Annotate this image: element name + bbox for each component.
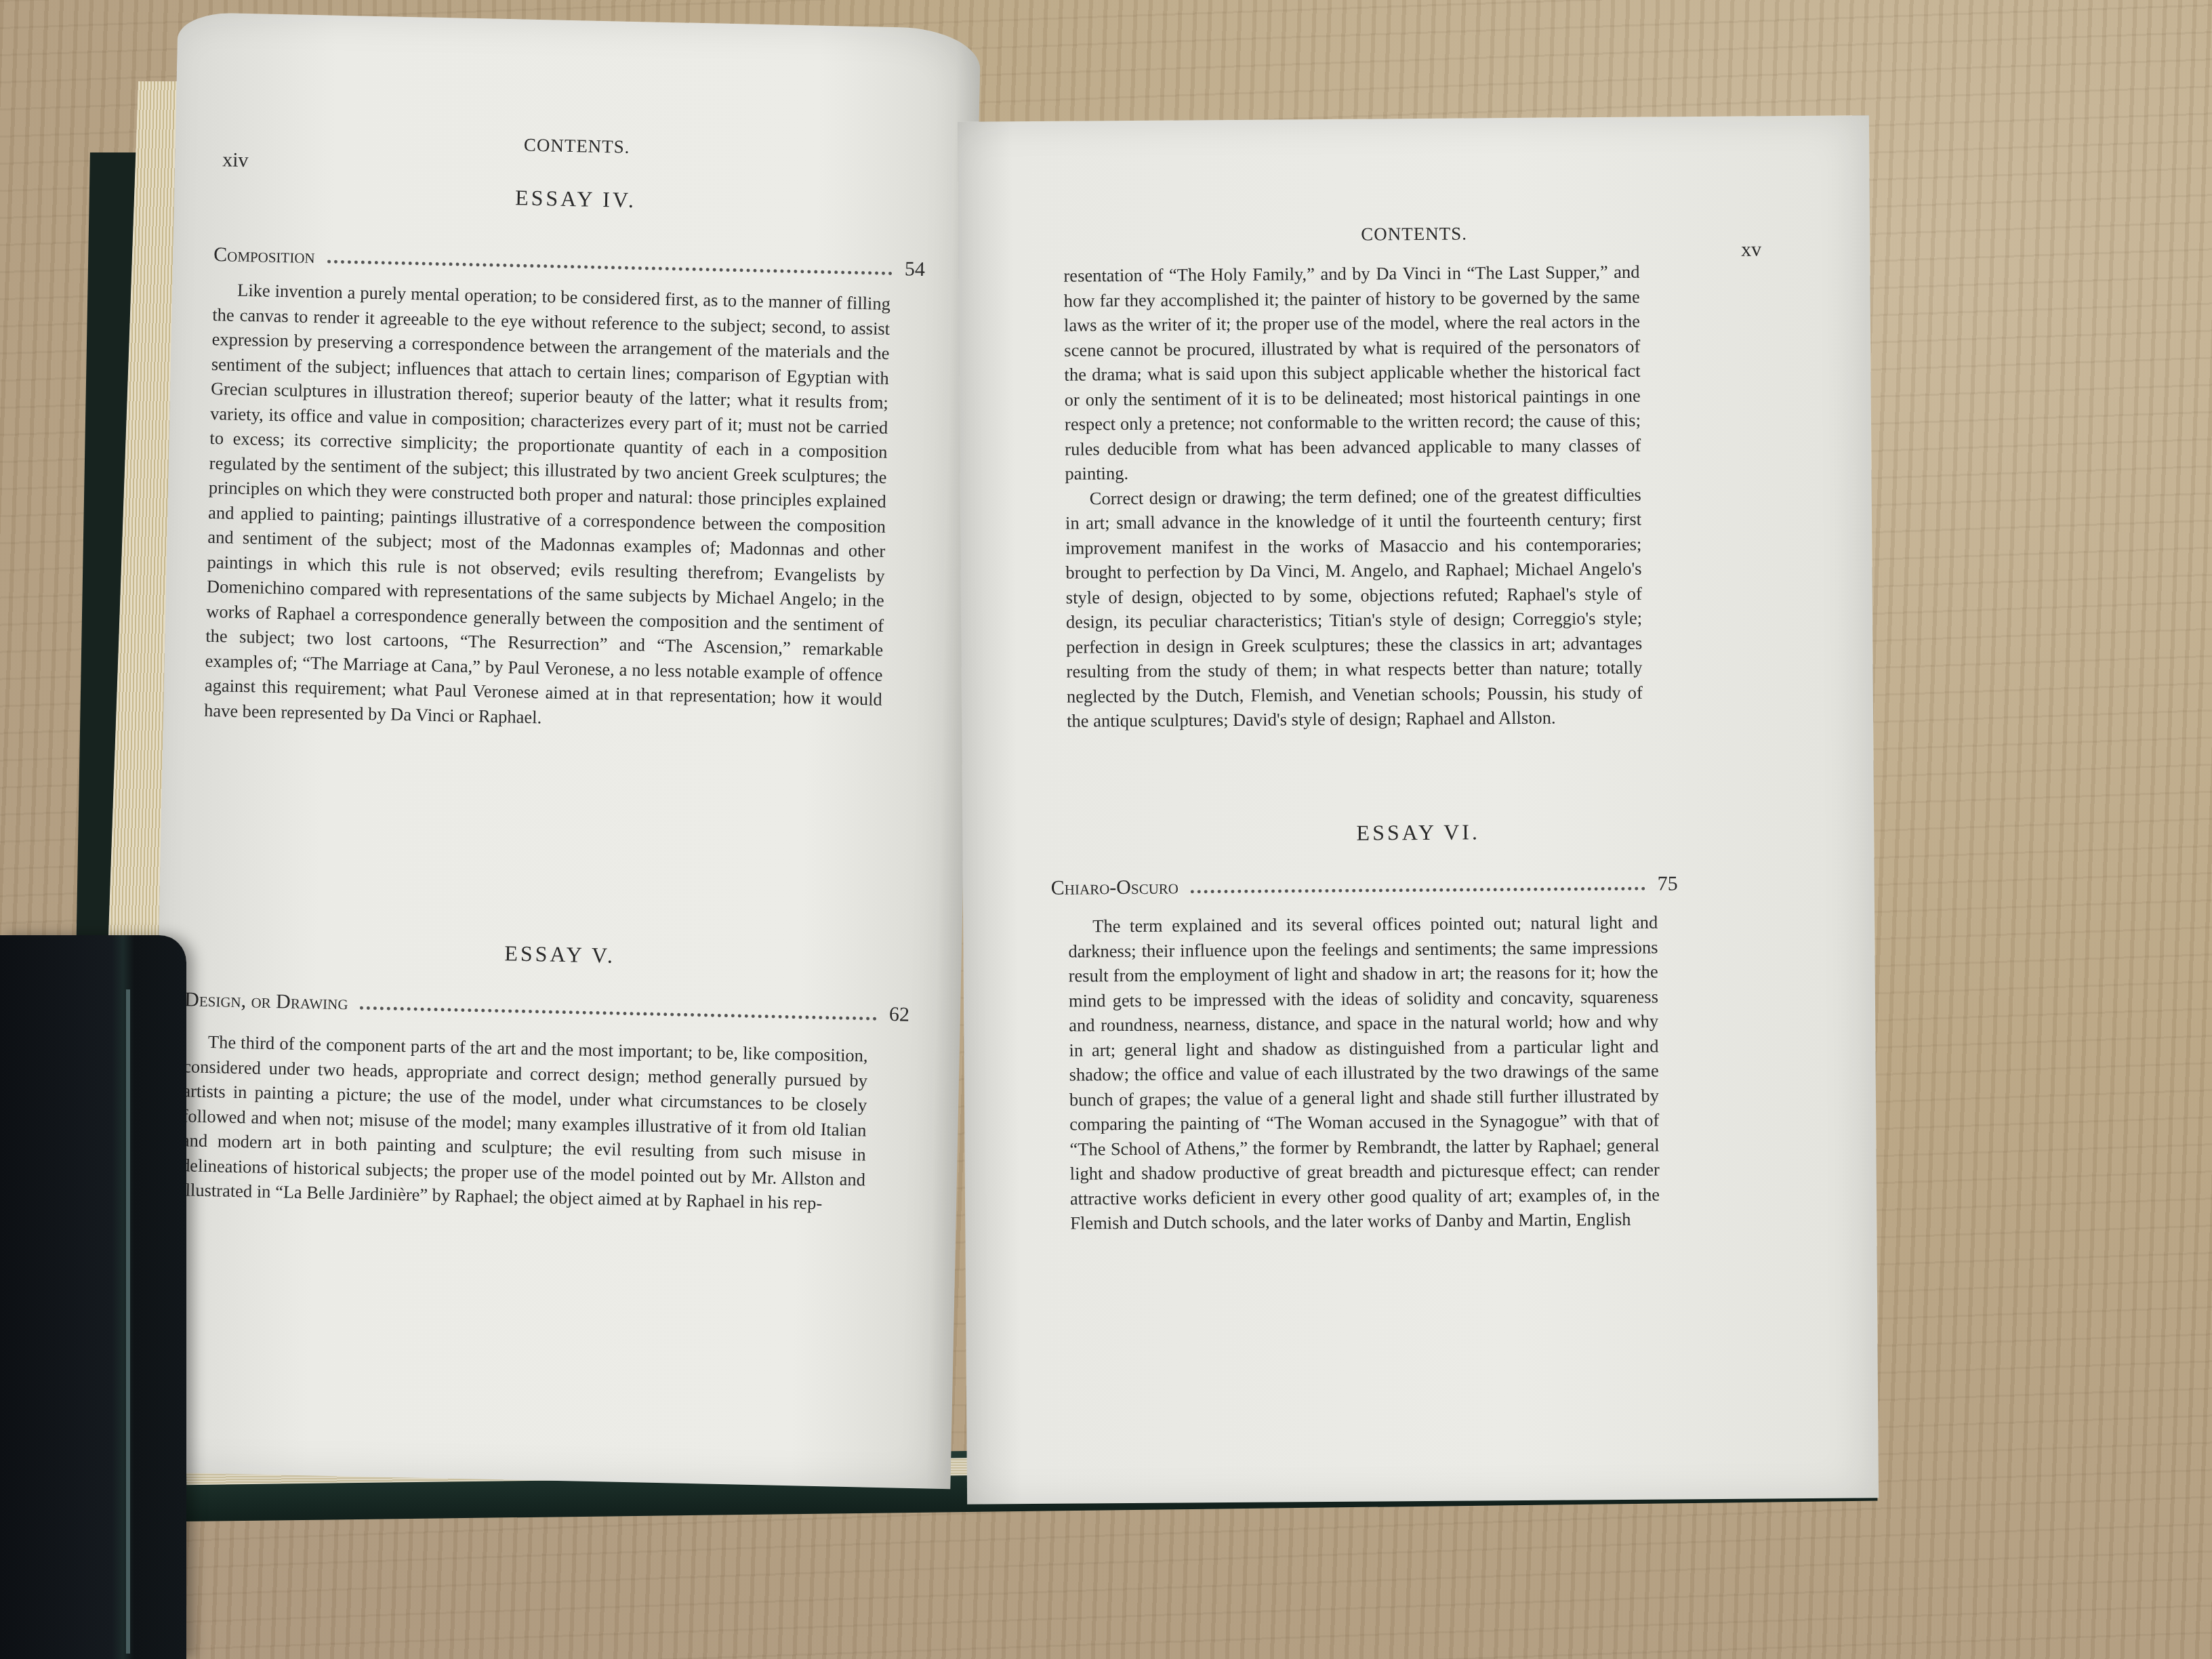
- right-page: CONTENTS. xv resentation of “The Holy Fa…: [958, 115, 1879, 1504]
- toc-entry-design-or-drawing[interactable]: Design, or Drawing 62: [184, 988, 909, 1026]
- right-page-folio: xv: [1741, 238, 1761, 261]
- toc-entry-composition[interactable]: Composition 54: [213, 243, 925, 281]
- essay-iv-heading: ESSAY IV.: [174, 178, 978, 220]
- book-spine-highlight: [126, 989, 130, 1654]
- foreground-closed-book: [0, 935, 186, 1659]
- toc-entry-page-number: 75: [1658, 872, 1678, 895]
- left-running-head: CONTENTS.: [175, 127, 978, 165]
- toc-entry-title: Design, or Drawing: [184, 988, 348, 1015]
- toc-entry-page-number: 54: [905, 258, 926, 281]
- toc-entry-title: Chiaro-Oscuro: [1051, 876, 1179, 899]
- toc-entry-chiaro-oscuro[interactable]: Chiaro-Oscuro 75: [1051, 872, 1678, 899]
- essay-v-summary: The third of the component parts of the …: [180, 1029, 868, 1216]
- summary-paragraph: Correct design or drawing; the term defi…: [1065, 482, 1643, 733]
- summary-paragraph: Like invention a purely mental operation…: [204, 277, 891, 737]
- toc-entry-page-number: 62: [889, 1003, 910, 1027]
- summary-paragraph-continued: resentation of “The Holy Family,” and by…: [1063, 260, 1641, 486]
- essay-vi-heading: ESSAY VI.: [962, 817, 1874, 848]
- right-running-head: CONTENTS.: [958, 220, 1870, 247]
- dot-leader: [360, 1006, 876, 1021]
- dot-leader: [1191, 887, 1645, 894]
- essay-iv-summary: Like invention a purely mental operation…: [204, 277, 891, 737]
- summary-paragraph: The third of the component parts of the …: [180, 1029, 868, 1216]
- left-page-folio: xiv: [222, 148, 249, 172]
- toc-entry-title: Composition: [213, 243, 315, 268]
- dot-leader: [327, 260, 893, 275]
- left-page: xiv CONTENTS. ESSAY IV. Composition 54 L…: [148, 12, 981, 1489]
- essay-v-heading: ESSAY V.: [158, 934, 962, 976]
- essay-v-summary-continued: resentation of “The Holy Family,” and by…: [1063, 260, 1643, 733]
- summary-paragraph: The term explained and its several offic…: [1068, 910, 1660, 1236]
- essay-vi-summary: The term explained and its several offic…: [1068, 910, 1660, 1236]
